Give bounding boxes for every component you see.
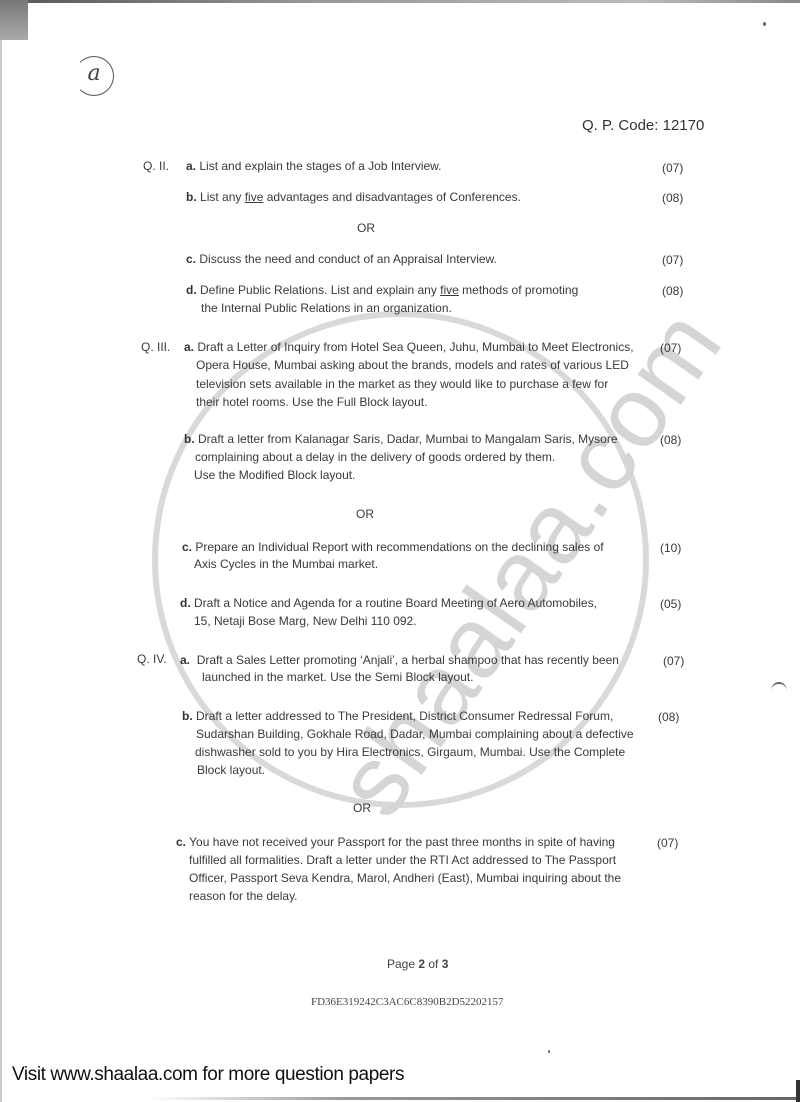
scan-edge-left xyxy=(0,40,2,1102)
question-part-continuation: Use the Modified Block layout. xyxy=(194,468,355,482)
question-part: d. Draft a Notice and Agenda for a routi… xyxy=(180,596,597,610)
question-number: Q. II. xyxy=(143,159,169,173)
question-part: a. Draft a Letter of Inquiry from Hotel … xyxy=(184,340,634,354)
or-separator: OR xyxy=(357,221,375,235)
question-part-continuation: Officer, Passport Seva Kendra, Marol, An… xyxy=(189,871,621,885)
question-part-continuation: the Internal Public Relations in an orga… xyxy=(201,301,452,315)
marks: (05) xyxy=(660,597,681,611)
question-part: c. You have not received your Passport f… xyxy=(176,835,615,849)
question-part-continuation: dishwasher sold to you by Hira Electroni… xyxy=(195,745,625,759)
marks: (07) xyxy=(663,654,684,668)
marks: (07) xyxy=(662,161,683,175)
question-part: c. Discuss the need and conduct of an Ap… xyxy=(186,252,497,266)
scan-edge-right xyxy=(796,1080,800,1102)
question-number: Q. III. xyxy=(141,340,170,354)
or-separator: OR xyxy=(353,801,371,815)
document-hash: FD36E319242C3AC6C8390B2D52202157 xyxy=(311,996,504,1008)
or-separator: OR xyxy=(356,507,374,521)
question-part-continuation: reason for the delay. xyxy=(189,889,298,903)
marks: (07) xyxy=(657,836,678,850)
question-part: b. Draft a letter from Kalanagar Saris, … xyxy=(184,432,618,446)
question-part-continuation: Sudarshan Building, Gokhale Road, Dadar,… xyxy=(196,727,634,741)
page-number: Page 2 of 3 xyxy=(387,957,448,971)
question-part: b. List any five advantages and disadvan… xyxy=(186,190,521,204)
handwritten-page-mark: a xyxy=(74,56,114,96)
marks: (08) xyxy=(662,191,683,205)
question-part: b. Draft a letter addressed to The Presi… xyxy=(182,709,613,723)
scan-artifact xyxy=(771,682,787,700)
marks: (07) xyxy=(660,341,681,355)
question-number: Q. IV. xyxy=(137,652,167,666)
marks: (08) xyxy=(658,710,679,724)
marks: (08) xyxy=(660,433,681,447)
question-part-continuation: Block layout. xyxy=(197,763,265,777)
question-part: a. Draft a Sales Letter promoting ‘Anjal… xyxy=(180,653,619,667)
question-part-continuation: launched in the market. Use the Semi Blo… xyxy=(202,670,473,684)
question-part: c. Prepare an Individual Report with rec… xyxy=(182,540,604,554)
question-part: d. Define Public Relations. List and exp… xyxy=(186,283,578,297)
scan-corner-shadow xyxy=(0,0,28,40)
question-part-continuation: 15, Netaji Bose Marg, New Delhi 110 092. xyxy=(194,614,417,628)
question-part-continuation: Opera House, Mumbai asking about the bra… xyxy=(196,358,629,372)
question-part-continuation: their hotel rooms. Use the Full Block la… xyxy=(196,395,427,409)
marks: (07) xyxy=(662,253,683,267)
marks: (08) xyxy=(662,284,683,298)
question-part-continuation: Axis Cycles in the Mumbai market. xyxy=(194,557,378,571)
scan-edge-top xyxy=(0,0,800,3)
promo-banner-link[interactable]: Visit www.shaalaa.com for more question … xyxy=(12,1064,404,1086)
question-part: a. List and explain the stages of a Job … xyxy=(186,159,442,173)
question-part-continuation: television sets available in the market … xyxy=(196,377,608,391)
scan-edge-bottom xyxy=(150,1097,800,1100)
question-part-continuation: complaining about a delay in the deliver… xyxy=(195,450,555,464)
scan-speck xyxy=(763,22,766,26)
scan-speck xyxy=(548,1050,550,1053)
marks: (10) xyxy=(660,541,681,555)
qp-code: Q. P. Code: 12170 xyxy=(582,117,704,134)
question-part-continuation: fulfilled all formalities. Draft a lette… xyxy=(189,853,616,867)
